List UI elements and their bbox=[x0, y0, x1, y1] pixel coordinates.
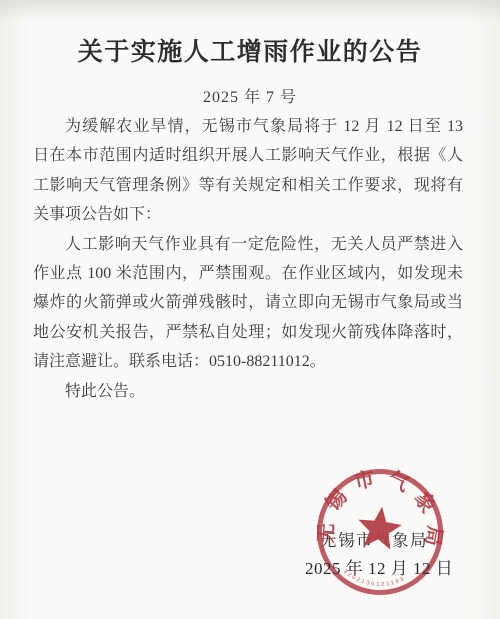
body-line: 爆炸的火箭弹或火箭弹残骸时，请立即向无锡市气象局或当 bbox=[33, 288, 463, 317]
announcement-page: 关于实施人工增雨作业的公告 2025 年 7 号 为缓解农业旱情，无锡市气象局将… bbox=[0, 0, 500, 619]
body-line: 地公安机关报告，严禁私自处理；如发现火箭残体降落时， bbox=[33, 318, 463, 347]
body-line: 人工影响天气作业具有一定危险性，无关人员严禁进入 bbox=[33, 230, 463, 259]
body-line: 关事项公告如下： bbox=[33, 200, 463, 229]
seal-star-icon bbox=[355, 504, 404, 551]
document-body: 为缓解农业旱情，无锡市气象局将于 12 月 12 日至 13 日在本市范围内适时… bbox=[33, 112, 463, 406]
body-line: 工影响天气管理条例》等有关规定和相关工作要求，现将有 bbox=[33, 171, 463, 200]
body-line: 作业点 100 米范围内，严禁围观。在作业区域内，如发现未 bbox=[33, 259, 463, 288]
issue-date: 2025 年 12 月 12 日 bbox=[305, 554, 453, 579]
official-seal-stamp-icon: 无锡市气象局 3202130121193 bbox=[300, 452, 460, 612]
document-number: 2025 年 7 号 bbox=[0, 84, 500, 107]
body-line: 日在本市范围内适时组织开展人工影响天气作业，根据《人 bbox=[33, 141, 463, 170]
body-line-closing: 特此公告。 bbox=[33, 377, 463, 406]
body-line-phone: 请注意避让。联系电话：0510-88211012。 bbox=[33, 347, 463, 376]
body-line: 为缓解农业旱情，无锡市气象局将于 12 月 12 日至 13 bbox=[33, 112, 463, 141]
page-title: 关于实施人工增雨作业的公告 bbox=[0, 32, 500, 68]
